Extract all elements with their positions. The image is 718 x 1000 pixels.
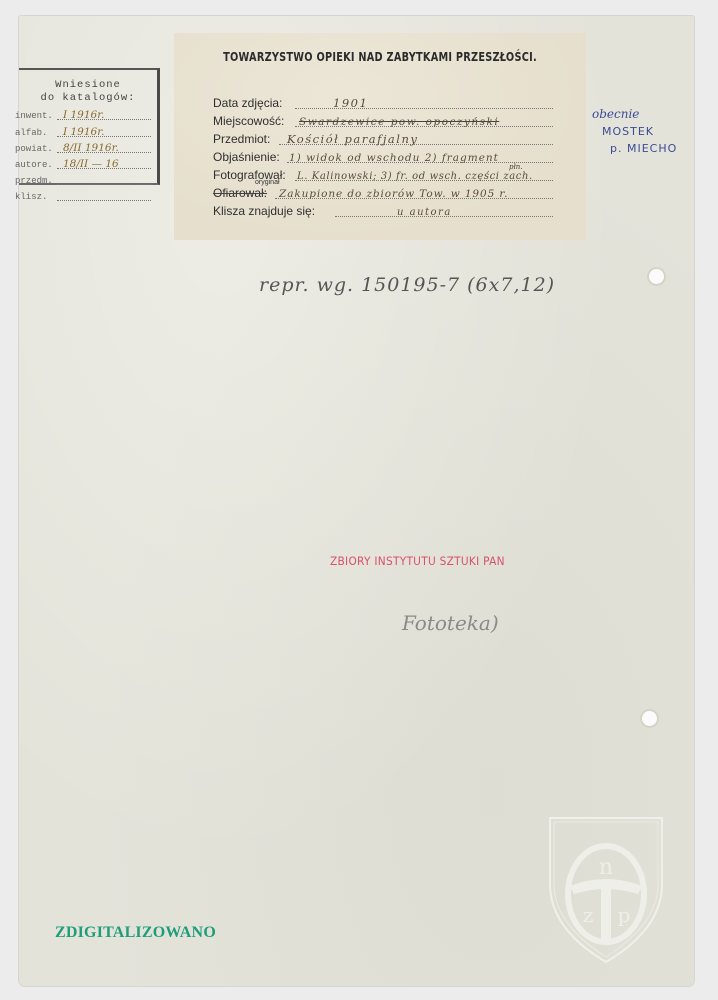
catalog-stamp: Wniesione do katalogów: inwent. I 1916r.… xyxy=(19,68,160,185)
stamp-row: inwent. I 1916r. xyxy=(15,108,155,122)
field-date: Data zdjęcia: 1901 xyxy=(213,95,553,112)
stamp-row: alfab. I 1916r. xyxy=(15,125,155,139)
field-subject: Przedmiot: Kościół parafjalny xyxy=(213,131,553,148)
field-label: Objaśnienie: xyxy=(213,150,280,164)
side-note-line2: MOSTEK xyxy=(602,125,654,138)
field-description: Objaśnienie: 1) widok od wschodu 2) frag… xyxy=(213,149,553,166)
svg-text:p: p xyxy=(618,903,631,927)
dotted-line xyxy=(57,200,151,201)
svg-text:z: z xyxy=(583,903,594,927)
field-value: Kościół parafjalny xyxy=(287,132,418,146)
field-label: Data zdjęcia: xyxy=(213,96,282,110)
stamp-heading: Wniesione do katalogów: xyxy=(19,79,157,105)
stamp-row-label: autore. xyxy=(15,160,53,170)
field-value: 1901 xyxy=(333,96,368,110)
stamp-row-value: 8/II 1916r. xyxy=(63,142,119,154)
field-value: Swardzewice pow. opoczyński xyxy=(299,116,499,128)
stamp-row-value: 18/II — 16 xyxy=(63,158,119,170)
stamp-row: powiat. 8/II 1916r. xyxy=(15,141,155,155)
side-note-line1: obecnie xyxy=(592,107,639,121)
stamp-row-value: I 1916r. xyxy=(63,109,104,121)
document-page: Wniesione do katalogów: inwent. I 1916r.… xyxy=(19,16,694,986)
small-note: płn. xyxy=(509,163,522,171)
field-value: u autora xyxy=(397,207,452,218)
field-value: L. Kalinowski; 3) fr. od wsch. części za… xyxy=(297,171,533,182)
field-label: Klisza znajduje się: xyxy=(213,204,315,218)
pencil-collection-note: Fototeka) xyxy=(402,611,499,635)
stamp-heading-line1: Wniesione xyxy=(19,79,157,92)
field-label: Miejscowość: xyxy=(213,114,284,128)
institution-stamp: ZBIORY INSTYTUTU SZTUKI PAN xyxy=(330,554,505,568)
field-value: Zakupione do zbiorów Tow. w 1905 r. xyxy=(279,188,508,200)
stamp-row: przedm. xyxy=(15,173,155,187)
stamp-row: autore. 18/II — 16 xyxy=(15,157,155,171)
side-note-line3: p. MIECHO xyxy=(610,142,677,155)
field-negative-location: Klisza znajduje się: u autora xyxy=(213,203,553,220)
stamp-row-label: inwent. xyxy=(15,111,53,121)
stamp-heading-line2: do katalogów: xyxy=(19,92,157,105)
punch-hole xyxy=(642,711,657,726)
dotted-line xyxy=(57,184,151,185)
stamp-row-value: I 1916r. xyxy=(63,126,104,138)
stamp-row: klisz. xyxy=(15,189,155,203)
field-label: Ofiarował: xyxy=(213,186,267,200)
card-title: TOWARZYSTWO OPIEKI NAD ZABYTKAMI PRZESZŁ… xyxy=(219,49,540,64)
stamp-row-label: alfab. xyxy=(15,128,47,138)
field-donor: Ofiarował: oryginał Zakupione do zbiorów… xyxy=(213,185,553,202)
pencil-reference: repr. wg. 150195-7 (6x7,12) xyxy=(259,274,555,296)
digitized-stamp: ZDIGITALIZOWANO xyxy=(55,924,216,942)
overwrite-note: oryginał xyxy=(255,179,280,186)
stamp-row-label: powiat. xyxy=(15,144,53,154)
field-value: 1) widok od wschodu 2) fragment xyxy=(289,152,499,164)
svg-text:n: n xyxy=(599,855,613,880)
field-location: Miejscowość: Swardzewice pow. opoczyński xyxy=(213,113,553,130)
stamp-row-label: klisz. xyxy=(15,192,47,202)
ntz-shield-watermark-icon: n z p xyxy=(548,814,664,964)
stamp-row-label: przedm. xyxy=(15,176,53,186)
field-label: Przedmiot: xyxy=(213,132,270,146)
punch-hole xyxy=(649,269,664,284)
photo-label-card: TOWARZYSTWO OPIEKI NAD ZABYTKAMI PRZESZŁ… xyxy=(174,33,586,240)
